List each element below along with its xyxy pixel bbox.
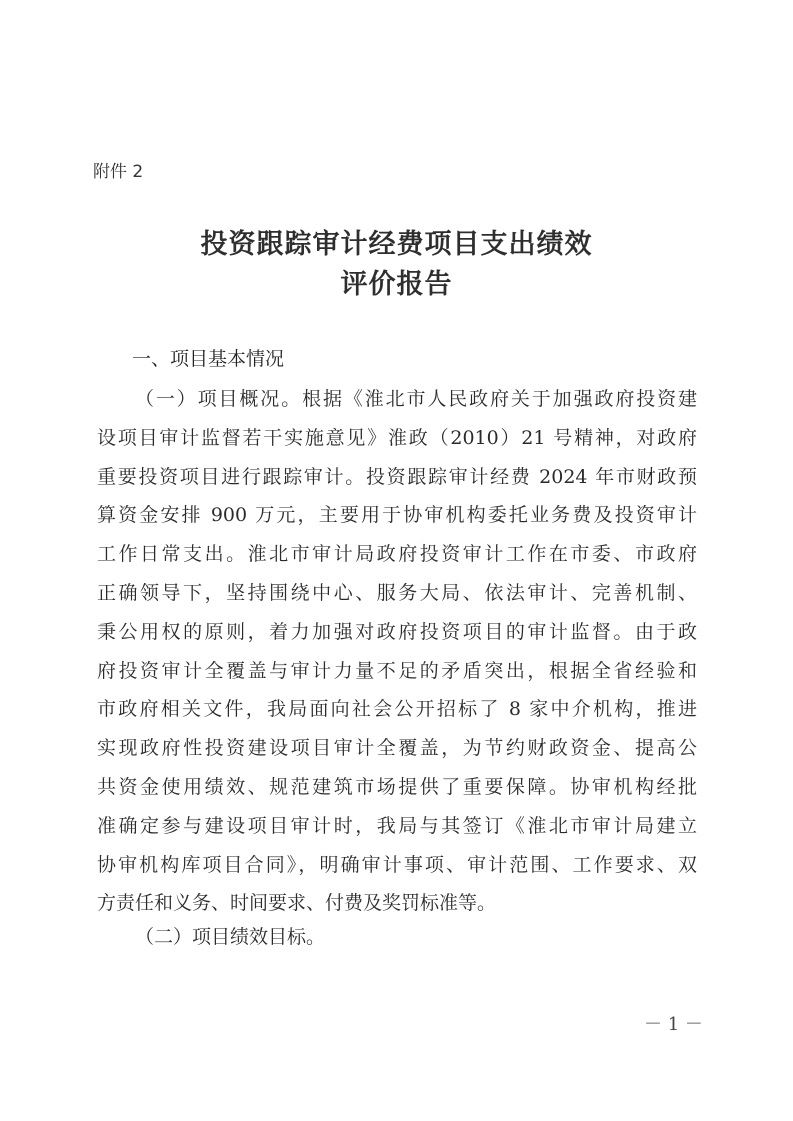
paragraph-performance-goals: （二）项目绩效目标。 [97, 918, 697, 957]
document-title-line-2: 评价报告 [0, 262, 793, 301]
text-line: 算资金安排 900 万元，主要用于协审机构委托业务费及投资审计 [97, 496, 697, 535]
text-line: 实现政府性投资建设项目审计全覆盖，为节约财政资金、提高公 [97, 729, 697, 768]
text-line: 工作日常支出。淮北市审计局政府投资审计工作在市委、市政府 [97, 535, 697, 574]
text-line: 府投资审计全覆盖与审计力量不足的矛盾突出，根据全省经验和 [97, 652, 697, 691]
text-line: （一）项目概况。根据《淮北市人民政府关于加强政府投资建 [97, 380, 697, 419]
text-line: 共资金使用绩效、规范建筑市场提供了重要保障。协审机构经批 [97, 768, 697, 807]
text-line: 重要投资项目进行跟踪审计。投资跟踪审计经费 2024 年市财政预 [97, 458, 697, 497]
text-line: 正确领导下，坚持围绕中心、服务大局、依法审计、完善机制、 [97, 574, 697, 613]
text-line: 设项目审计监督若干实施意见》淮政（2010）21 号精神，对政府 [97, 419, 697, 458]
attachment-label: 附件 2 [93, 157, 143, 182]
text-line: 市政府相关文件，我局面向社会公开招标了 8 家中介机构，推进 [97, 690, 697, 729]
text-line: 协审机构库项目合同》，明确审计事项、审计范围、工作要求、双 [97, 846, 697, 885]
page-number: － 1 － [644, 1010, 703, 1036]
text-line: 秉公用权的原则，着力加强对政府投资项目的审计监督。由于政 [97, 613, 697, 652]
document-title-line-1: 投资跟踪审计经费项目支出绩效 [0, 222, 793, 261]
text-line: 准确定参与建设项目审计时，我局与其签订《淮北市审计局建立 [97, 807, 697, 846]
section-heading-basic-info: 一、项目基本情况 [132, 344, 284, 371]
paragraph-project-overview: （一）项目概况。根据《淮北市人民政府关于加强政府投资建 设项目审计监督若干实施意… [97, 380, 697, 923]
text-line: （二）项目绩效目标。 [97, 918, 697, 957]
